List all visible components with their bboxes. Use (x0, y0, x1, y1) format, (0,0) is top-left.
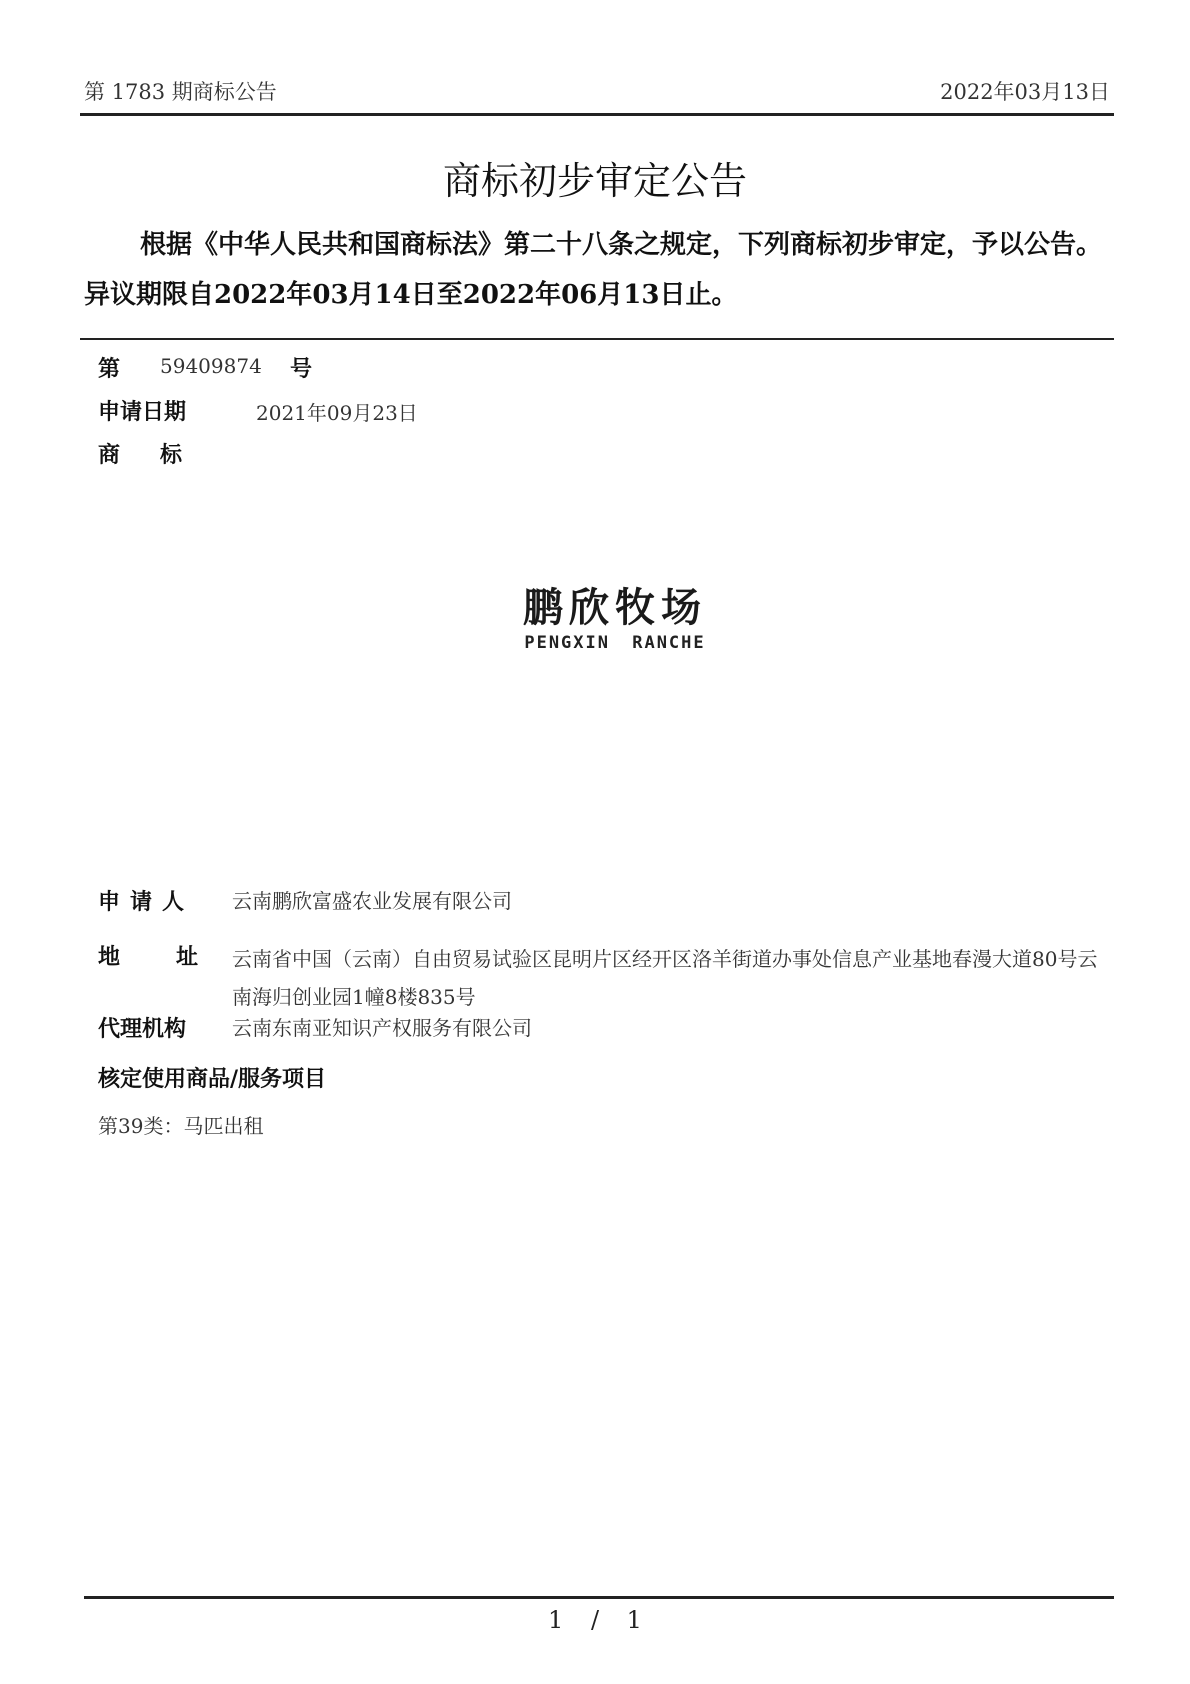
trademark-chinese-text: 鹏欣牧场 (495, 585, 735, 631)
page-number: 1 / 1 (0, 1606, 1190, 1634)
registration-number: 59409874 (160, 354, 262, 378)
intro-paragraph: 根据《中华人民共和国商标法》第二十八条之规定，下列商标初步审定，予以公告。异议期… (84, 220, 1116, 320)
trademark-image: 鹏欣牧场 PENGXIN RANCHE (495, 585, 735, 673)
agent-label: 代理机构 (98, 1012, 186, 1043)
issue-date: 2022年03月13日 (940, 76, 1110, 106)
section-divider (80, 338, 1114, 340)
page-title: 商标初步审定公告 (0, 150, 1190, 205)
trademark-english-text: PENGXIN RANCHE (495, 633, 735, 653)
goods-services: 第39类：马匹出租 (98, 1110, 263, 1139)
address-label: 地址 (98, 940, 254, 971)
goods-services-label: 核定使用商品/服务项目 (98, 1062, 326, 1093)
header-divider (80, 113, 1114, 116)
application-date-label: 申请日期 (98, 395, 186, 426)
application-date: 2021年09月23日 (256, 397, 418, 426)
address: 云南省中国（云南）自由贸易试验区昆明片区经开区洛羊街道办事处信息产业基地春漫大道… (232, 940, 1112, 1016)
issue-number: 第 1783 期商标公告 (84, 76, 277, 106)
footer-divider (84, 1596, 1114, 1599)
applicant: 云南鹏欣富盛农业发展有限公司 (232, 885, 512, 914)
applicant-label: 申请人 (98, 885, 194, 916)
registration-number-label: 第 (98, 352, 120, 383)
registration-number-suffix: 号 (290, 352, 312, 383)
trademark-label: 商标 (98, 438, 222, 469)
agent: 云南东南亚知识产权服务有限公司 (232, 1012, 532, 1041)
